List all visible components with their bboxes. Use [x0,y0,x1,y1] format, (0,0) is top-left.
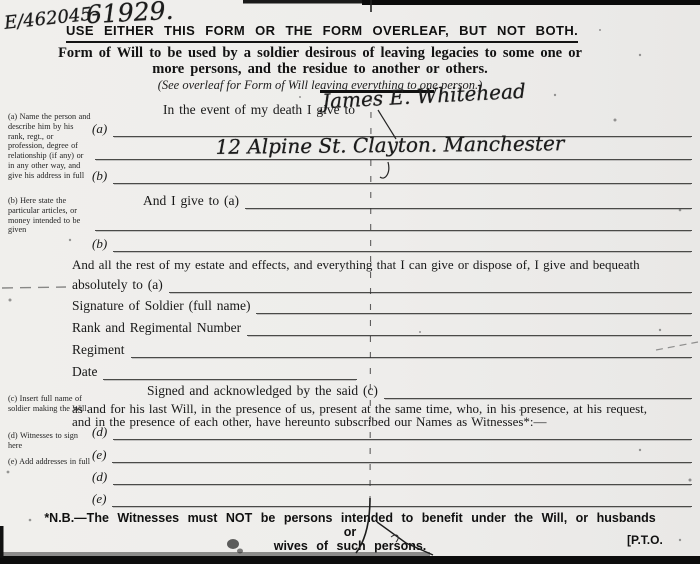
margin-note-e: (e) Add addresses in full [8,457,92,467]
witness-line-2-label: (e) [92,447,106,463]
handwritten-beneficiary-address: 12 Alpine St. Clayton. Manchester [185,131,595,159]
pto-label: [P.T.O. [627,533,663,547]
scanned-will-form-page: E/462045- 61929. USE EITHER THIS FORM OR… [0,0,700,564]
rank-label: Rank and Regimental Number [72,320,241,336]
field-a-1-label: (a) [92,121,107,137]
date-label: Date [72,364,97,380]
witness-line-2: (e) [92,445,692,463]
field-signature: Signature of Soldier (full name) [72,297,692,314]
witness-line-4-label: (e) [92,491,106,507]
witness-line-4-rule [112,503,692,507]
field-give-to: And I give to (a) [143,188,692,209]
field-b-1-line [113,180,692,184]
field-rank: Rank and Regimental Number [72,319,692,336]
field-b-1: (b) [92,165,692,184]
witness-line-3-rule [113,481,692,485]
field-regiment: Regiment [72,341,692,358]
signed-line [384,395,692,399]
give-to-continuation-line [95,227,692,231]
field-residue: absolutely to (a) [72,276,692,293]
field-b-2-label: (b) [92,236,107,252]
residue-line [169,289,692,293]
margin-note-b: (b) Here state the particular articles, … [8,196,92,235]
rank-line [247,332,692,336]
margin-dash-mark [2,287,66,288]
form-subtitle-line1: Form of Will to be used by a soldier des… [30,45,610,61]
signature-label: Signature of Soldier (full name) [72,298,250,314]
scan-edge-top [362,0,700,5]
margin-note-a: (a) Name the person and describe him by … [8,112,92,181]
nb-warning-line1: *N.B.—The Witnesses must NOT be persons … [40,511,660,539]
scan-edge-bottom [0,556,700,564]
regiment-line [131,354,693,358]
form-title: USE EITHER THIS FORM OR THE FORM OVERLEA… [66,23,578,43]
signed-label: Signed and acknowledged by the said (c) [147,383,378,399]
field-signed-acknowledged: Signed and acknowledged by the said (c) [147,383,692,399]
field-b-2-line [113,248,692,252]
field-give-to-continuation [95,212,692,231]
field-b-1-label: (b) [92,168,107,184]
residue-clause: And all the rest of my estate and effect… [72,257,640,273]
give-to-label: And I give to (a) [143,193,239,209]
witness-line-1-rule [113,436,692,440]
regiment-label: Regiment [72,342,125,358]
witness-line-2-rule [112,459,692,463]
witness-line-1: (d) [92,422,692,440]
witness-line-1-label: (d) [92,424,107,440]
residue-label: absolutely to (a) [72,277,163,293]
witness-line-3-label: (d) [92,469,107,485]
field-b-2: (b) [92,233,692,252]
scan-edge-top-left [243,0,368,4]
witness-line-4: (e) [92,489,692,507]
nb-warning-line2: wives of such persons. [40,539,660,553]
form-subtitle: Form of Will to be used by a soldier des… [30,45,610,77]
nb-warning: *N.B.—The Witnesses must NOT be persons … [40,511,660,553]
witness-line-3: (d) [92,467,692,485]
date-line [103,376,357,380]
field-date: Date [72,363,357,380]
signature-line [256,310,692,314]
scan-edge-left-mark [0,526,4,558]
form-subtitle-line2: more persons, and the residue to another… [30,61,610,77]
margin-note-d: (d) Witnesses to sign here [8,431,92,451]
give-to-line [245,205,692,209]
